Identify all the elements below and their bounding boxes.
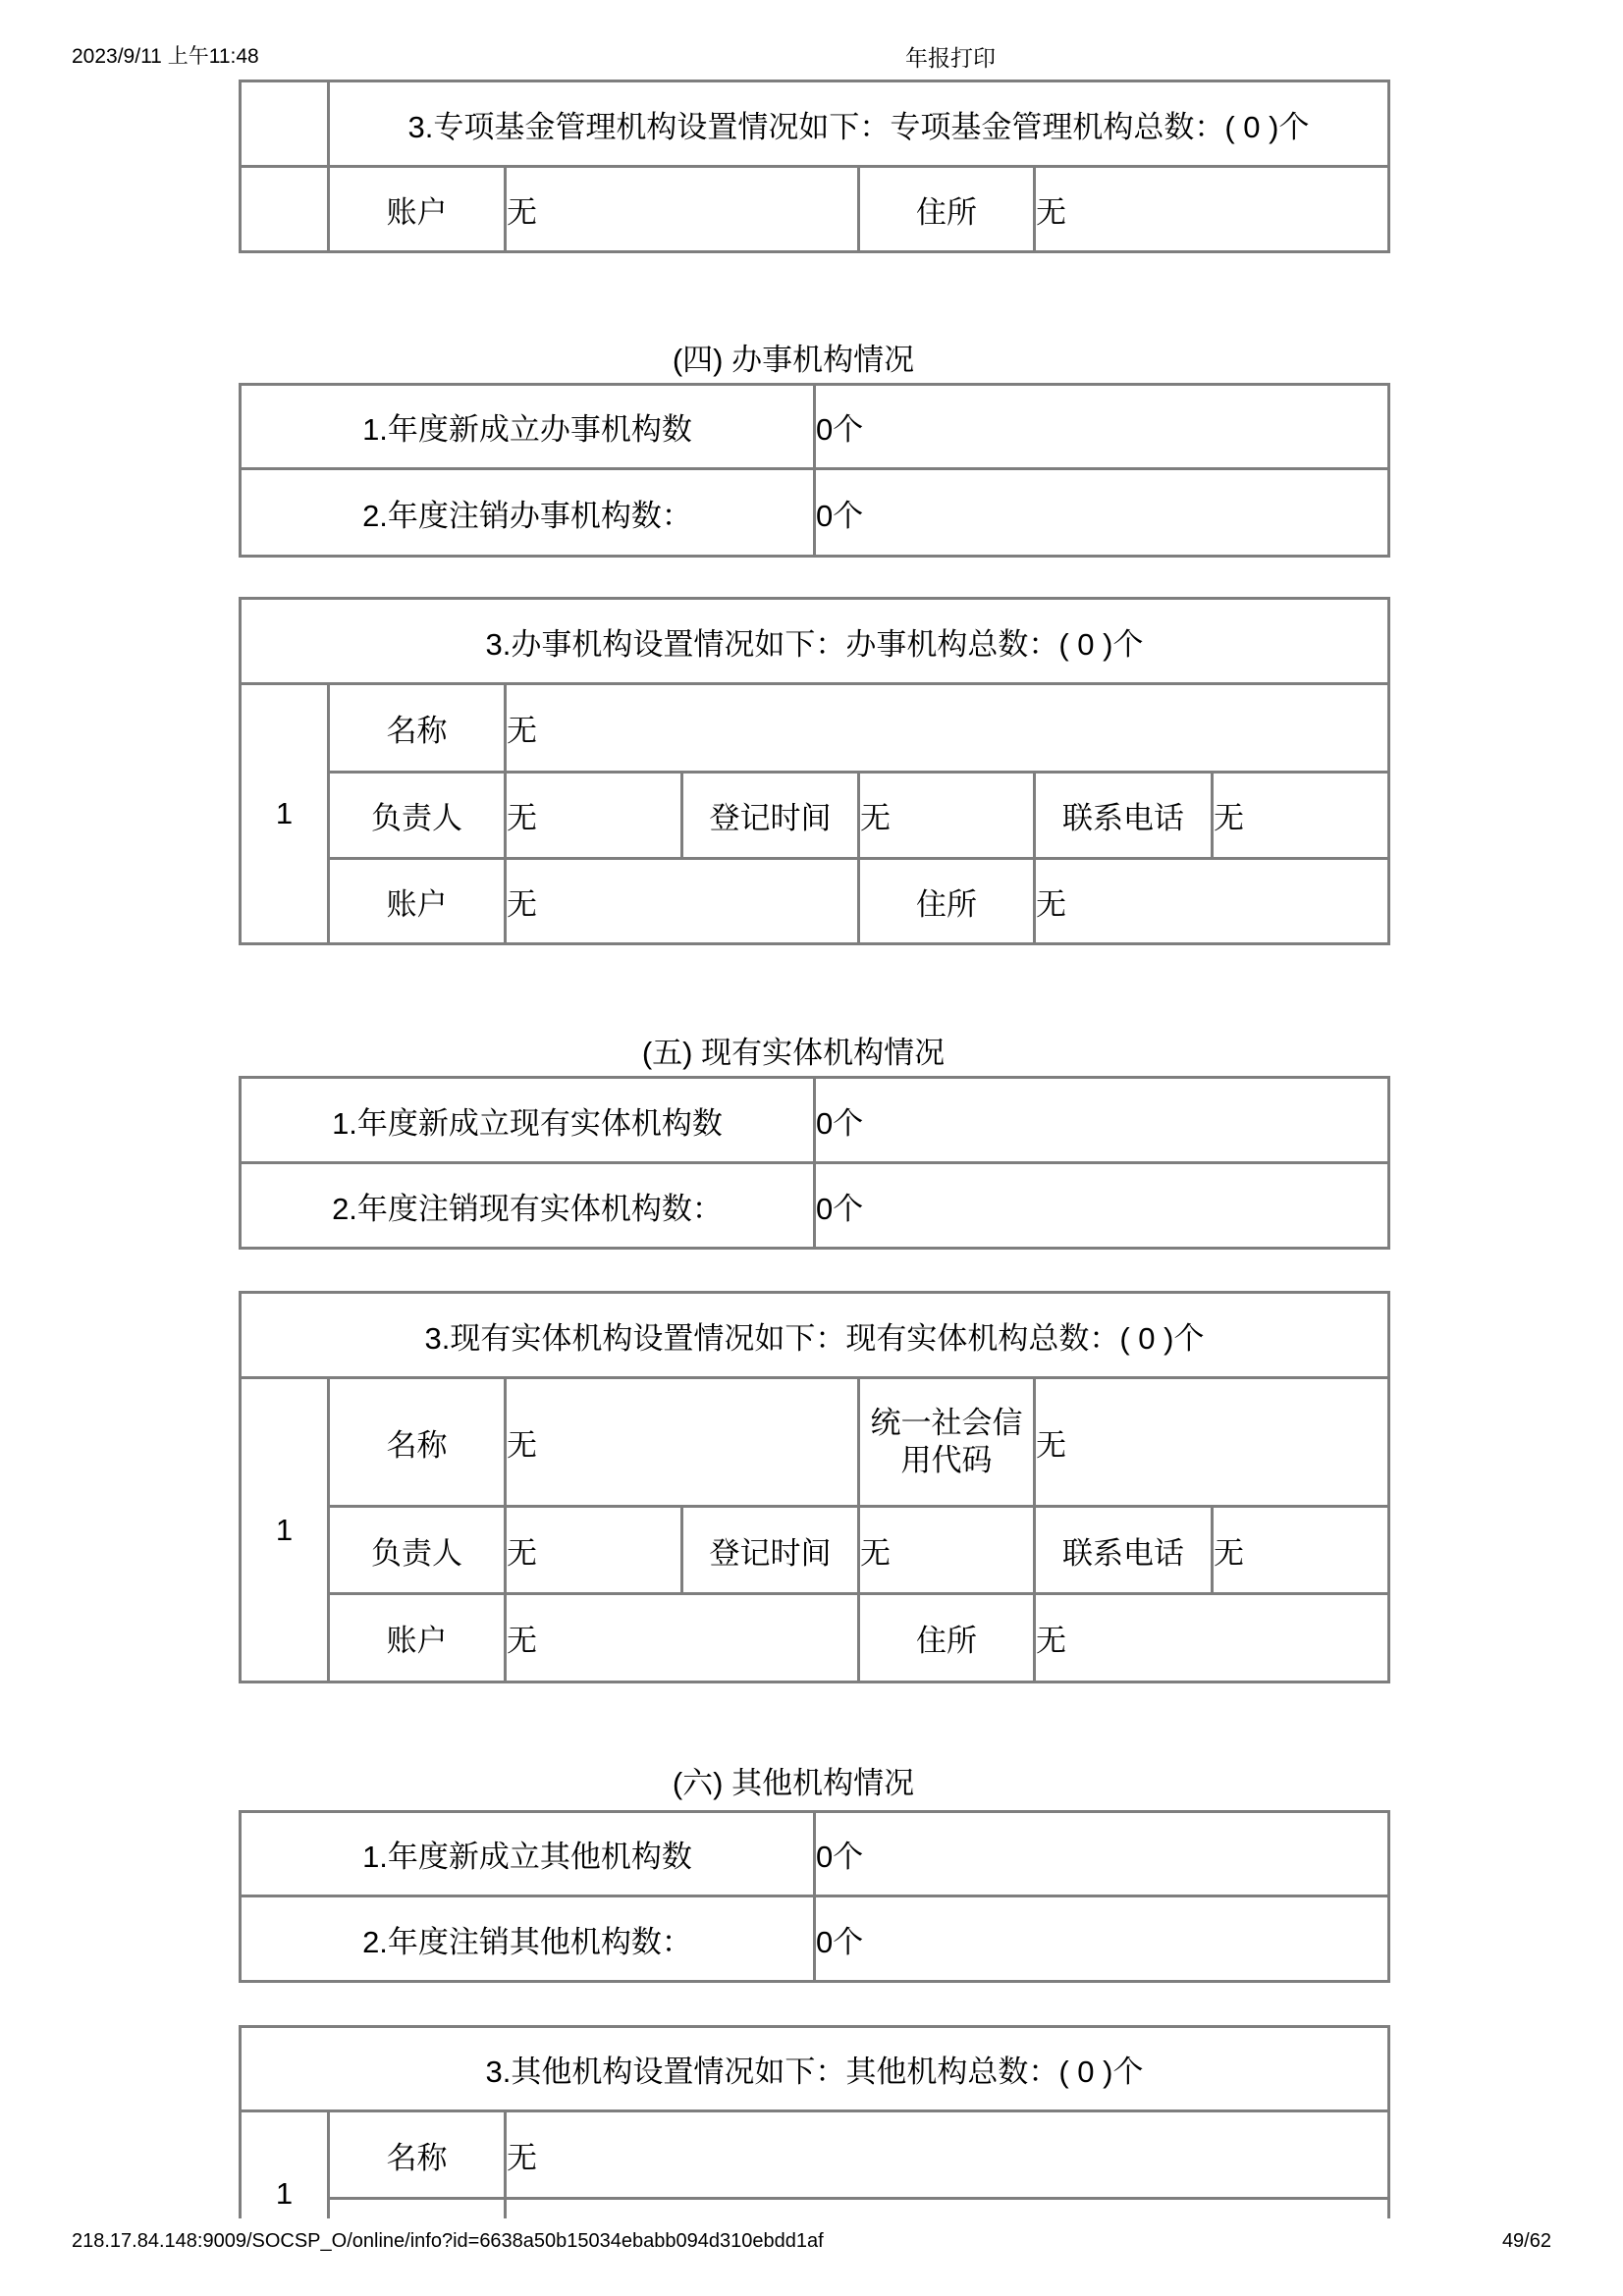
account-label: 账户	[329, 1594, 506, 1682]
phone-label: 联系电话	[1035, 773, 1213, 859]
table-title-cell: 3.其他机构设置情况如下：其他机构总数：( 0 )个	[241, 2027, 1389, 2111]
stat-label: 1.年度新成立现有实体机构数	[241, 1078, 815, 1163]
stat-label: 2.年度注销其他机构数：	[241, 1896, 815, 1982]
section-5-heading: (五) 现有实体机构情况	[239, 1036, 1348, 1071]
section-4-detail-table: 3.办事机构设置情况如下：办事机构总数：( 0 )个 1 名称 无 负责人 无 …	[239, 597, 1390, 945]
account-value: 无	[506, 167, 859, 252]
row-index-cell: 1	[241, 1378, 329, 1682]
phone-value: 无	[1213, 1507, 1389, 1594]
stat-value: 0个	[815, 1163, 1389, 1249]
stat-value: 0个	[815, 469, 1389, 557]
section-4-heading: (四) 办事机构情况	[239, 343, 1348, 378]
address-label: 住所	[859, 859, 1035, 944]
table-title-cell: 3.专项基金管理机构设置情况如下：专项基金管理机构总数：( 0 )个	[329, 81, 1389, 167]
account-value: 无	[506, 859, 859, 944]
address-value: 无	[1035, 167, 1389, 252]
manager-label: 负责人	[329, 1507, 506, 1594]
manager-value: 无	[506, 773, 682, 859]
print-datetime: 2023/9/11 上午11:48	[72, 40, 259, 70]
stat-value: 0个	[815, 1896, 1389, 1982]
regtime-value: 无	[859, 1507, 1035, 1594]
account-label: 账户	[329, 859, 506, 944]
name-label: 名称	[329, 684, 506, 773]
stat-label: 2.年度注销现有实体机构数：	[241, 1163, 815, 1249]
phone-label: 联系电话	[1035, 1507, 1213, 1594]
address-value: 无	[1035, 859, 1389, 944]
name-value: 无	[506, 2111, 1389, 2199]
row-index-cell: 1	[241, 2111, 329, 2219]
phone-value: 无	[1213, 773, 1389, 859]
address-label: 住所	[859, 1594, 1035, 1682]
credit-code-value: 无	[1035, 1378, 1389, 1507]
section-4-stats-table: 1.年度新成立办事机构数 0个 2.年度注销办事机构数： 0个	[239, 383, 1390, 558]
stat-label: 2.年度注销办事机构数：	[241, 469, 815, 557]
address-value: 无	[1035, 1594, 1389, 1682]
stat-label: 1.年度新成立办事机构数	[241, 385, 815, 469]
truncated-cell	[506, 2199, 1389, 2219]
index-spacer-cell	[241, 167, 329, 252]
section-5-detail-table: 3.现有实体机构设置情况如下：现有实体机构总数：( 0 )个 1 名称 无 统一…	[239, 1291, 1390, 1683]
credit-code-label: 统一社会信用代码	[859, 1378, 1035, 1507]
name-value: 无	[506, 684, 1389, 773]
manager-label: 负责人	[329, 773, 506, 859]
footer-url: 218.17.84.148:9009/SOCSP_O/online/info?i…	[72, 2230, 824, 2253]
page-title: 年报打印	[905, 40, 996, 73]
name-label: 名称	[329, 1378, 506, 1507]
section-6-detail-clip: 3.其他机构设置情况如下：其他机构总数：( 0 )个 1 名称 无	[236, 2025, 1394, 2218]
report-print-page: { "header": { "datetime": "2023/9/11 上午1…	[0, 0, 1623, 2296]
regtime-label: 登记时间	[682, 1507, 859, 1594]
stat-label: 1.年度新成立其他机构数	[241, 1812, 815, 1896]
footer-page-number: 49/62	[1502, 2230, 1551, 2253]
name-label: 名称	[329, 2111, 506, 2199]
stat-value: 0个	[815, 1812, 1389, 1896]
section-6-stats-table: 1.年度新成立其他机构数 0个 2.年度注销其他机构数： 0个	[239, 1810, 1390, 1983]
truncated-cell	[329, 2199, 506, 2219]
stat-value: 0个	[815, 1078, 1389, 1163]
table-title-cell: 3.办事机构设置情况如下：办事机构总数：( 0 )个	[241, 599, 1389, 684]
regtime-value: 无	[859, 773, 1035, 859]
account-label: 账户	[329, 167, 506, 252]
index-spacer-cell	[241, 81, 329, 167]
account-value: 无	[506, 1594, 859, 1682]
section-5-stats-table: 1.年度新成立现有实体机构数 0个 2.年度注销现有实体机构数： 0个	[239, 1076, 1390, 1250]
section-6-detail-table: 3.其他机构设置情况如下：其他机构总数：( 0 )个 1 名称 无	[239, 2025, 1390, 2218]
manager-value: 无	[506, 1507, 682, 1594]
row-index-cell: 1	[241, 684, 329, 944]
name-value: 无	[506, 1378, 859, 1507]
address-label: 住所	[859, 167, 1035, 252]
table-title-cell: 3.现有实体机构设置情况如下：现有实体机构总数：( 0 )个	[241, 1293, 1389, 1378]
section-6-heading: (六) 其他机构情况	[239, 1766, 1348, 1801]
stat-value: 0个	[815, 385, 1389, 469]
regtime-label: 登记时间	[682, 773, 859, 859]
special-fund-carryover-table: 3.专项基金管理机构设置情况如下：专项基金管理机构总数：( 0 )个 账户 无 …	[239, 80, 1390, 253]
